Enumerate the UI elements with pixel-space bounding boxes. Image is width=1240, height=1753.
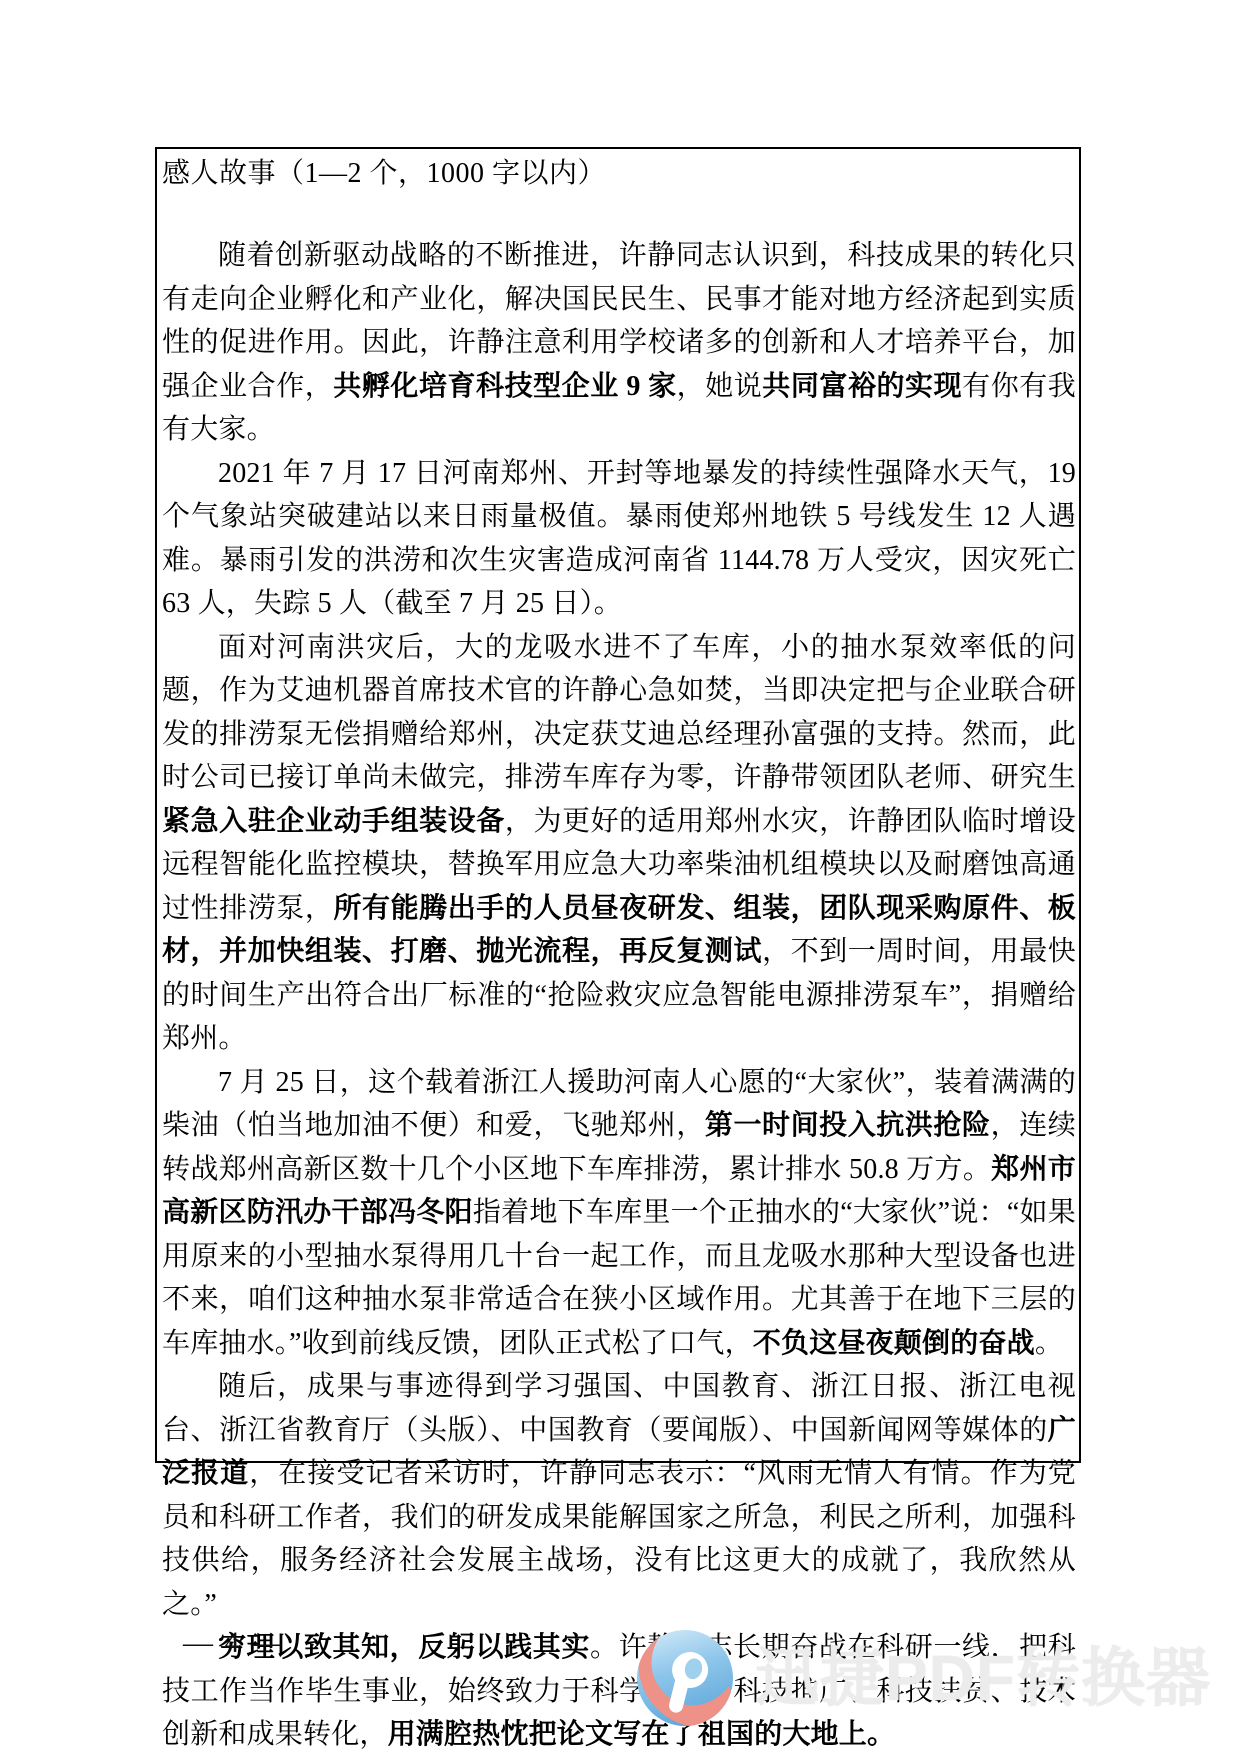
form-cell-story: 感人故事（1—2 个，1000 字以内） 随着创新驱动战略的不断推进，许静同志认… <box>155 147 1081 1463</box>
story-paragraph: 随后，成果与事迹得到学习强国、中国教育、浙江日报、浙江电视台、浙江省教育厅（头版… <box>162 1365 1076 1626</box>
document-page: 感人故事（1—2 个，1000 字以内） 随着创新驱动战略的不断推进，许静同志认… <box>0 0 1240 1753</box>
story-paragraphs: 随着创新驱动战略的不断推进，许静同志认识到，科技成果的转化只有走向企业孵化和产业… <box>162 234 1076 1753</box>
story-paragraph: 面对河南洪灾后，大的龙吸水进不了车库，小的抽水泵效率低的问题，作为艾迪机器首席技… <box>162 626 1076 1061</box>
story-paragraph: 7 月 25 日，这个载着浙江人援助河南人心愿的“大家伙”，装着满满的柴油（怕当… <box>162 1061 1076 1366</box>
section-title: 感人故事（1—2 个，1000 字以内） <box>162 154 1076 194</box>
page-number: — 4 — <box>183 1626 283 1660</box>
story-paragraph: 2021 年 7 月 17 日河南郑州、开封等地暴发的持续性强降水天气，19 个… <box>162 452 1076 626</box>
story-paragraph: 随着创新驱动战略的不断推进，许静同志认识到，科技成果的转化只有走向企业孵化和产业… <box>162 234 1076 452</box>
watermark-text: 迅捷PDF转换器 <box>755 1630 1211 1726</box>
pdf-converter-logo-icon <box>637 1630 733 1726</box>
watermark: 迅捷PDF转换器 <box>637 1630 1211 1726</box>
